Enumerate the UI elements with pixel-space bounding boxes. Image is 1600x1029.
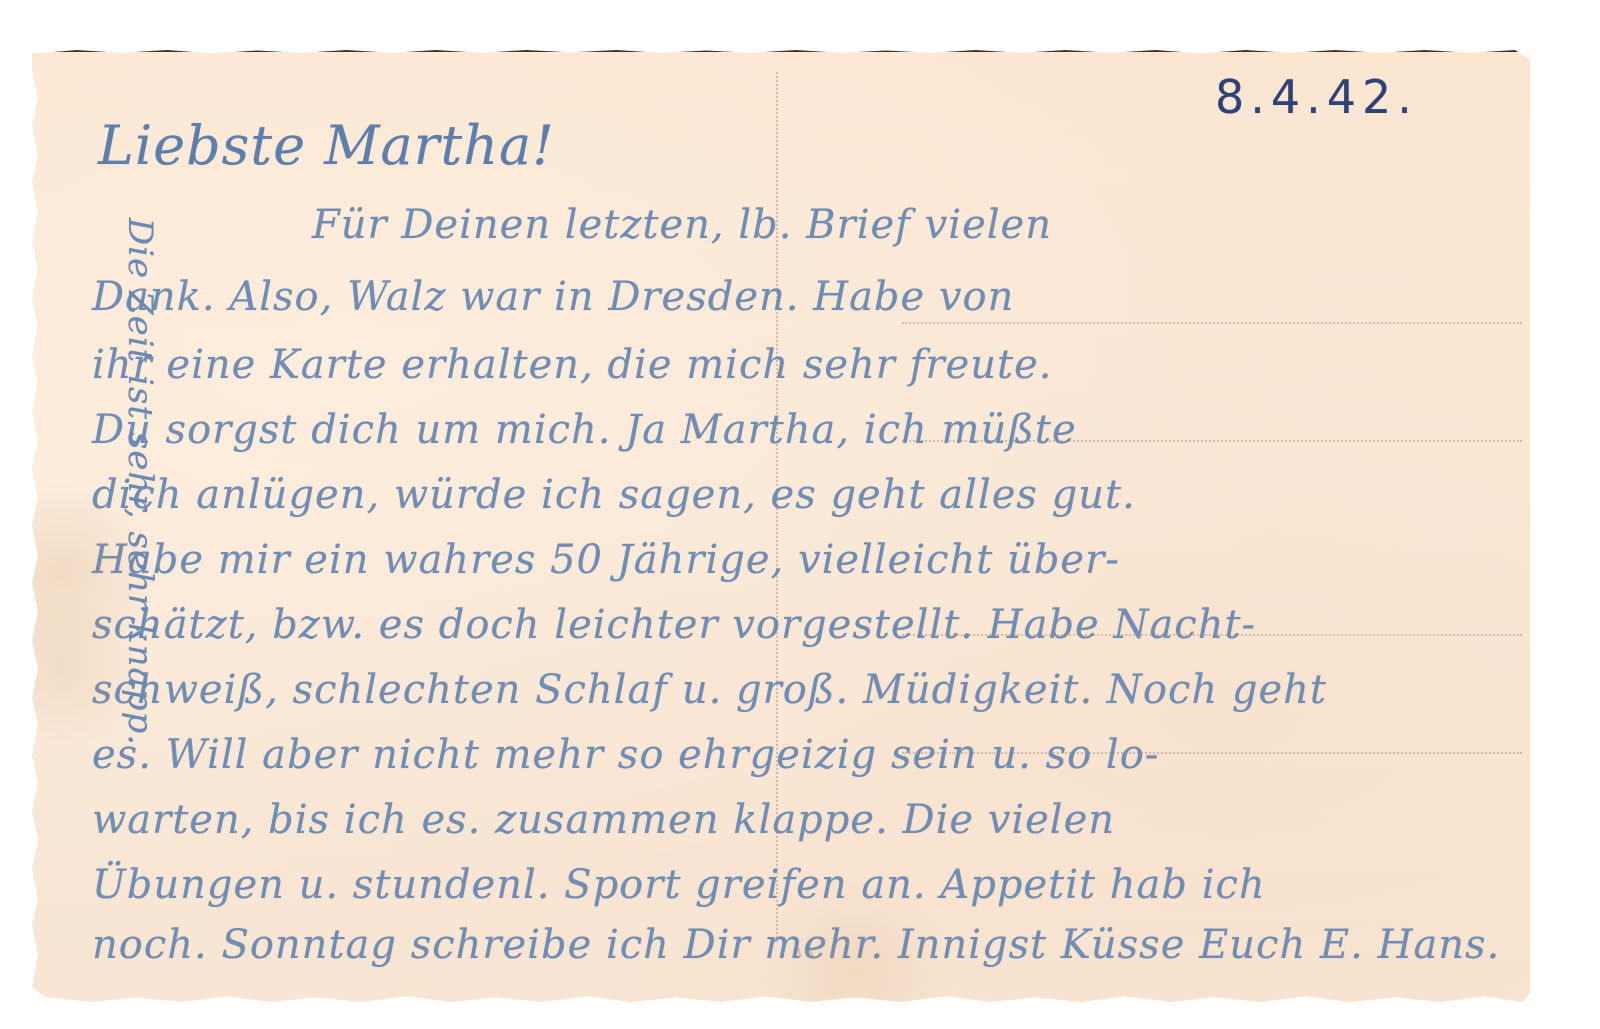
letter-line: es. Will aber nicht mehr so ehrgeizig se…	[92, 732, 1159, 778]
letter-line: Übungen u. stundenl. Sport greifen an. A…	[92, 862, 1266, 908]
letter-line: warten, bis ich es. zusammen klappe. Die…	[92, 797, 1115, 843]
letter-line-closing: noch. Sonntag schreibe ich Dir mehr. Inn…	[92, 922, 1500, 968]
letter-line: Dank. Also, Walz war in Dresden. Habe vo…	[92, 274, 1014, 320]
letter-line: schätzt, bzw. es doch leichter vorgestel…	[92, 602, 1256, 648]
letter-salutation: Liebste Martha!	[98, 114, 555, 177]
letter-line: ihr eine Karte erhalten, die mich sehr f…	[92, 342, 1052, 388]
letter-line: Habe mir ein wahres 50 Jährige, vielleic…	[92, 537, 1120, 583]
postcard: ∧∧ 8.4.42. Liebste Martha! Für Deinen le…	[32, 50, 1530, 1002]
letter-line: Für Deinen letzten, lb. Brief vielen	[312, 202, 1052, 248]
scan-background: ∧∧ 8.4.42. Liebste Martha! Für Deinen le…	[0, 0, 1600, 1029]
letter-date: 8.4.42.	[1215, 70, 1418, 124]
letter-line: schweiß, schlechten Schlaf u. groß. Müdi…	[92, 667, 1327, 713]
letter-line: dich anlügen, würde ich sagen, es geht a…	[92, 472, 1136, 518]
letter-line: Du sorgst dich um mich. Ja Martha, ich m…	[92, 407, 1077, 453]
margin-note-vertical: Die Zeit ist sehr, sehr knapp.	[120, 218, 160, 746]
address-line-1	[902, 322, 1522, 324]
